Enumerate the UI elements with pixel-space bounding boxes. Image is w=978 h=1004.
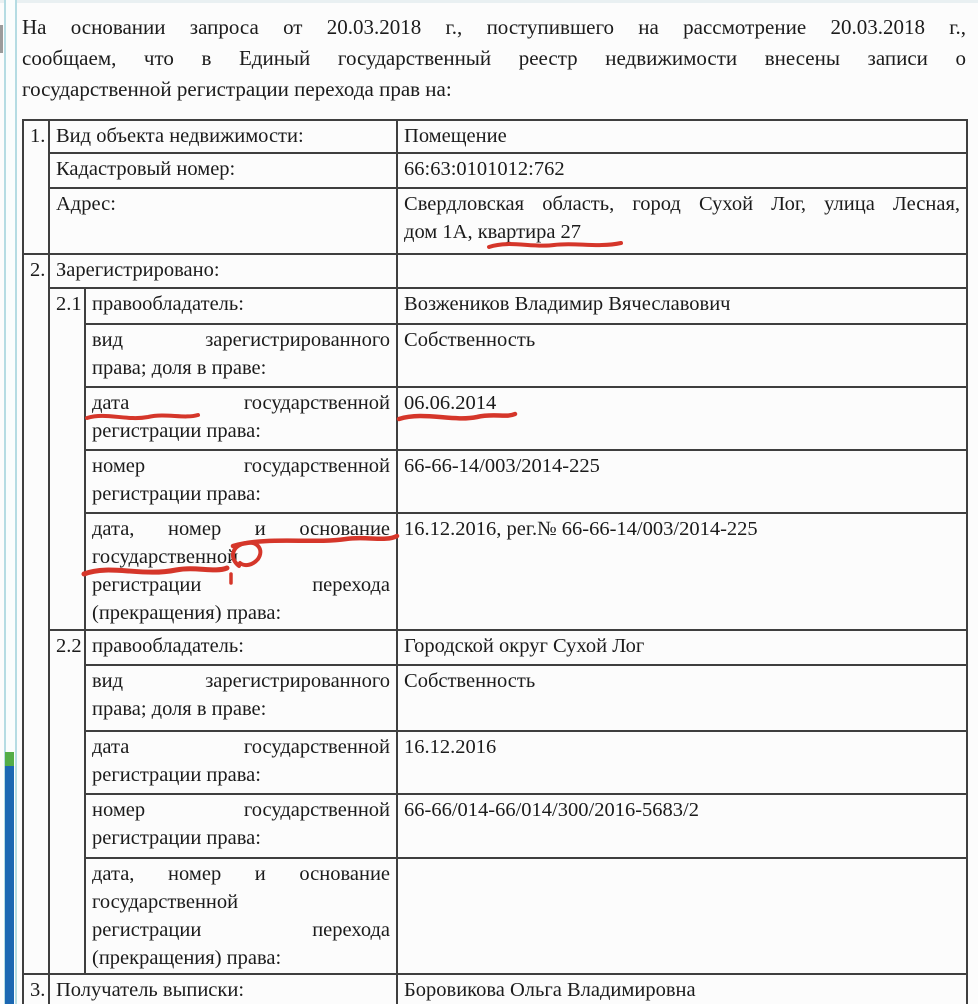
field-value-transfer-basis-2: [397, 858, 967, 974]
field-value-recipient: Боровикова Ольга Владимировна: [397, 974, 967, 1004]
subsection-number: 2.1: [49, 288, 85, 630]
egrn-table: 1. Вид объекта недвижимости: Помещение К…: [22, 119, 968, 1004]
field-value-rightholder-2: Городской округ Сухой Лог: [397, 630, 967, 665]
field-label-object-type: Вид объекта недвижимости:: [49, 120, 397, 153]
field-label-rightholder-1: правообладатель:: [85, 288, 397, 324]
progress-blue-bar: [5, 766, 14, 1004]
page-top-divider: [0, 0, 978, 3]
field-value-reg-date-1: 06.06.2014: [397, 387, 967, 450]
scrollbar-thumb[interactable]: [0, 25, 3, 53]
field-value-object-type: Помещение: [397, 120, 967, 153]
field-value-transfer-basis-1: 16.12.2016, рег.№ 66-66-14/003/2014-225: [397, 513, 967, 630]
field-label-reg-date-2: дата государственнойрегистрации права:: [85, 731, 397, 794]
field-label-address: Адрес:: [49, 188, 397, 254]
field-label-reg-date-1: дата государственнойрегистрации права:: [85, 387, 397, 450]
field-label-recipient: Получатель выписки:: [49, 974, 397, 1004]
field-label-rightholder-2: правообладатель:: [85, 630, 397, 665]
left-edge-strip: [0, 0, 17, 1004]
field-value-address: Свердловская область, город Сухой Лог, у…: [397, 188, 967, 254]
field-label-registered: Зарегистрировано:: [49, 254, 397, 288]
document-body: На основании запроса от 20.03.2018 г., п…: [22, 12, 966, 1004]
progress-green-segment: [5, 752, 14, 766]
field-value-registered: [397, 254, 967, 288]
field-value-reg-date-2: 16.12.2016: [397, 731, 967, 794]
section-number: 1.: [23, 120, 49, 254]
field-value-reg-number-1: 66-66-14/003/2014-225: [397, 450, 967, 513]
section-number: 3.: [23, 974, 49, 1004]
field-label-right-type-2: вид зарегистрированногоправа; доля в пра…: [85, 665, 397, 731]
field-value-right-type-1: Собственность: [397, 324, 967, 387]
field-value-right-type-2: Собственность: [397, 665, 967, 731]
intro-paragraph: На основании запроса от 20.03.2018 г., п…: [22, 12, 966, 105]
field-label-transfer-basis-1: дата, номер и основаниегосударственнойре…: [85, 513, 397, 630]
field-value-cadastral-number: 66:63:0101012:762: [397, 153, 967, 188]
field-value-rightholder-1: Возжеников Владимир Вячеславович: [397, 288, 967, 324]
field-label-cadastral-number: Кадастровый номер:: [49, 153, 397, 188]
field-label-right-type-1: вид зарегистрированногоправа; доля в пра…: [85, 324, 397, 387]
field-label-reg-number-1: номер государственнойрегистрации права:: [85, 450, 397, 513]
field-label-reg-number-2: номер государственнойрегистрации права:: [85, 794, 397, 858]
field-label-transfer-basis-2: дата, номер и основаниегосударственнойре…: [85, 858, 397, 974]
field-value-reg-number-2: 66-66/014-66/014/300/2016-5683/2: [397, 794, 967, 858]
section-number: 2.: [23, 254, 49, 974]
subsection-number: 2.2: [49, 630, 85, 974]
